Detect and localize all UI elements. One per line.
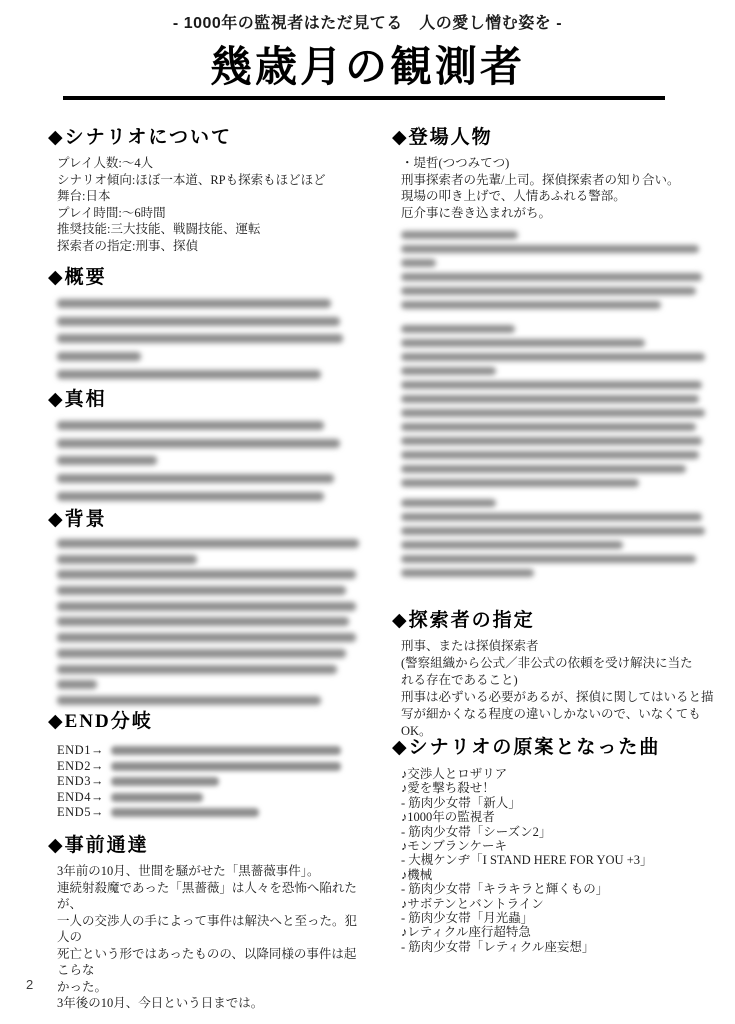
document-title: 幾歳月の観測者 <box>0 34 735 94</box>
advance-notice-text: 3年前の10月、世間を騒がせた「黒薔薇事件」。 連続射殺魔であった「黒薔薇」は人… <box>48 863 368 1012</box>
about-scenario-details: プレイ人数:～4人 シナリオ傾向:ほぼ一本道、RPも探索もほどほど 舞台:日本 … <box>48 155 368 254</box>
list-item: ♪機械 <box>401 868 718 882</box>
redacted-line <box>401 381 702 389</box>
redacted-line <box>57 474 334 483</box>
end-branch-label: END5→ <box>57 805 103 820</box>
redacted-line <box>401 437 702 445</box>
section-heading-advance-notice: ◆事前通達 <box>48 830 368 857</box>
end-branch-row: END4→ <box>57 790 368 806</box>
redacted-line <box>57 696 321 705</box>
redacted-line <box>401 245 699 253</box>
section-source-songs: ◆シナリオの原案となった曲 ♪交渉人とロザリア♪愛を撃ち殺せ！- 筋肉少女帯「新… <box>392 732 718 954</box>
section-heading-designation: ◆探索者の指定 <box>392 605 718 632</box>
end-branch-row: END2→ <box>57 759 368 775</box>
page-number: 2 <box>26 977 33 992</box>
redacted-line <box>401 367 496 375</box>
redacted-line <box>401 395 699 403</box>
section-investigator-designation: ◆探索者の指定 刑事、または探偵探索者 (警察組織から公式／非公式の依頼を受け解… <box>392 605 718 740</box>
section-heading-end-branches: ◆END分岐 <box>48 706 368 733</box>
list-item: - 筋肉少女帯「新人」 <box>401 796 718 810</box>
redacted-line <box>57 649 346 658</box>
section-heading-source-songs: ◆シナリオの原案となった曲 <box>392 732 718 759</box>
document-subtitle: - 1000年の監視者はただ見てる 人の愛し憎む姿を - <box>0 10 735 33</box>
redacted-line <box>111 808 259 817</box>
redacted-line <box>57 456 157 465</box>
end-branch-label: END2→ <box>57 759 103 774</box>
redacted-line <box>401 273 702 281</box>
redacted-line <box>401 353 705 361</box>
list-item: ♪交渉人とロザリア <box>401 767 718 781</box>
end-branch-label: END4→ <box>57 790 103 805</box>
redacted-line <box>57 421 324 430</box>
redacted-line <box>401 423 696 431</box>
section-heading-truth: ◆真相 <box>48 384 368 411</box>
list-item: - 大槻ケンヂ「I STAND HERE FOR YOU +3」 <box>401 853 718 867</box>
redacted-line <box>57 439 340 448</box>
redacted-line <box>401 499 496 507</box>
redacted-line <box>401 479 639 487</box>
section-characters: ◆登場人物 ・堤哲(つつみてつ) 刑事探索者の先輩/上司。探偵探索者の知り合い。… <box>392 122 718 583</box>
redacted-line <box>57 317 340 326</box>
designation-text: 刑事、または探偵探索者 (警察組織から公式／非公式の依頼を受け解決に当た れる存… <box>392 638 718 740</box>
list-item: - 筋肉少女帯「レティクル座妄想」 <box>401 940 718 954</box>
redacted-text-block <box>392 231 718 309</box>
redacted-line <box>401 555 696 563</box>
redacted-text-block <box>48 539 368 705</box>
section-heading-characters: ◆登場人物 <box>392 122 718 149</box>
redacted-line <box>401 231 518 239</box>
redacted-line <box>401 569 534 577</box>
redacted-text-block <box>48 299 368 379</box>
redacted-line <box>57 539 359 548</box>
redacted-line <box>57 352 141 361</box>
redacted-text-block <box>392 499 718 577</box>
redacted-line <box>401 301 661 309</box>
song-list: ♪交渉人とロザリア♪愛を撃ち殺せ！- 筋肉少女帯「新人」♪1000年の監視者- … <box>392 767 718 954</box>
end-branch-list: END1→ END2→ END3→ END4→ END5→ <box>48 743 368 821</box>
section-heading-background: ◆背景 <box>48 504 368 531</box>
end-branch-label: END3→ <box>57 774 103 789</box>
section-background: ◆背景 <box>48 504 368 712</box>
redacted-line <box>111 793 203 802</box>
redacted-line <box>111 777 219 786</box>
list-item: ♪レティクル座行超特急 <box>401 925 718 939</box>
redacted-line <box>57 665 337 674</box>
redacted-line <box>57 370 321 379</box>
redacted-line <box>57 299 331 308</box>
section-advance-notice: ◆事前通達 3年前の10月、世間を騒がせた「黒薔薇事件」。 連続射殺魔であった「… <box>48 830 368 1012</box>
redacted-line <box>111 746 341 755</box>
section-heading-about: ◆シナリオについて <box>48 122 368 149</box>
redacted-line <box>57 633 356 642</box>
redacted-line <box>57 586 346 595</box>
list-item: ♪モンブランケーキ <box>401 839 718 853</box>
list-item: - 筋肉少女帯「月光蟲」 <box>401 911 718 925</box>
section-end-branches: ◆END分岐 END1→ END2→ END3→ END4→ <box>48 706 368 821</box>
redacted-line <box>401 527 705 535</box>
document-page: - 1000年の監視者はただ見てる 人の愛し憎む姿を - 幾歳月の観測者 ◆シナ… <box>0 0 735 1024</box>
redacted-line <box>401 339 645 347</box>
redacted-line <box>401 409 705 417</box>
redacted-line <box>57 570 356 579</box>
redacted-line <box>57 602 356 611</box>
redacted-line <box>401 513 702 521</box>
title-divider <box>63 96 665 100</box>
section-truth: ◆真相 <box>48 384 368 509</box>
redacted-text-block <box>392 325 718 487</box>
list-item: - 筋肉少女帯「キラキラと輝くもの」 <box>401 882 718 896</box>
list-item: - 筋肉少女帯「シーズン2」 <box>401 825 718 839</box>
redacted-line <box>111 762 341 771</box>
redacted-line <box>401 259 436 267</box>
redacted-line <box>57 492 324 501</box>
redacted-text-block <box>48 421 368 501</box>
redacted-line <box>401 287 696 295</box>
section-heading-overview: ◆概要 <box>48 262 368 289</box>
list-item: ♪サボテンとバントライン <box>401 897 718 911</box>
end-branch-row: END5→ <box>57 805 368 821</box>
character-description: ・堤哲(つつみてつ) 刑事探索者の先輩/上司。探偵探索者の知り合い。 現場の叩き… <box>392 155 718 221</box>
redacted-line <box>401 541 623 549</box>
redacted-line <box>401 325 515 333</box>
section-about-scenario: ◆シナリオについて プレイ人数:～4人 シナリオ傾向:ほぼ一本道、RPも探索もほ… <box>48 122 368 254</box>
redacted-line <box>401 465 686 473</box>
end-branch-label: END1→ <box>57 743 103 758</box>
list-item: ♪愛を撃ち殺せ！ <box>401 781 718 795</box>
redacted-line <box>57 617 349 626</box>
end-branch-row: END1→ <box>57 743 368 759</box>
redacted-line <box>57 680 97 689</box>
section-overview: ◆概要 <box>48 262 368 387</box>
end-branch-row: END3→ <box>57 774 368 790</box>
redacted-line <box>57 555 197 564</box>
redacted-line <box>57 334 343 343</box>
redacted-line <box>401 451 699 459</box>
list-item: ♪1000年の監視者 <box>401 810 718 824</box>
